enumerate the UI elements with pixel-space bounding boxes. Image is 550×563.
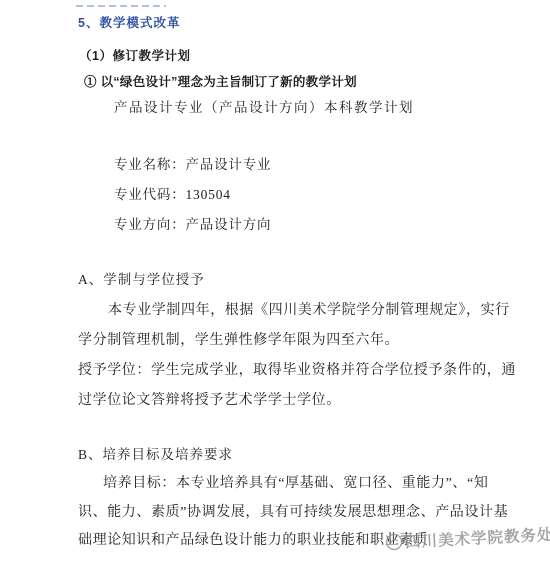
watermark-text: 四川美术学院教务处 bbox=[405, 523, 550, 553]
seal-circle-icon bbox=[385, 532, 404, 551]
cropped-previous-line-remnant bbox=[76, 5, 166, 7]
section-a-para1-line1: 本专业学制四年，根据《四川美术学院学分制管理规定》，实行 bbox=[108, 299, 510, 319]
section-a-heading: A、学制与学位授予 bbox=[78, 268, 205, 288]
section-b-heading: B、培养目标及培养要求 bbox=[78, 443, 233, 463]
major-direction-line: 专业方向：产品设计方向 bbox=[114, 213, 271, 233]
section-a-para1-line2: 学分制管理机制，学生弹性修学年限为四至六年。 bbox=[78, 329, 399, 349]
watermark: 四川美术学院教务处 bbox=[385, 523, 550, 554]
section-a-para2-line1: 授予学位：学生完成学业，取得毕业资格并符合学位授予条件的，通 bbox=[78, 359, 516, 379]
section-b-para1-line2: 识、能力、素质”协调发展，具有可持续发展思想理念、产品设计基 bbox=[78, 501, 508, 521]
section-heading-teaching-mode-reform: 5、教学模式改革 bbox=[78, 13, 180, 31]
document-page: 5、教学模式改革 （1）修订教学计划 ① 以“绿色设计”理念为主旨制订了新的教学… bbox=[0, 0, 550, 563]
item-heading-revise-teaching-plan: （1）修订教学计划 bbox=[79, 46, 190, 64]
section-a-para2-line2: 过学位论文答辩将授予艺术学学士学位。 bbox=[78, 389, 341, 409]
major-code-line: 专业代码：130504 bbox=[114, 183, 231, 203]
subitem-heading-green-design: ① 以“绿色设计”理念为主旨制订了新的教学计划 bbox=[84, 72, 357, 90]
section-b-para1-line3: 础理论知识和产品绿色设计能力的职业技能和职业素质 bbox=[78, 529, 428, 549]
plan-title: 产品设计专业（产品设计方向）本科教学计划 bbox=[114, 96, 414, 116]
major-name-line: 专业名称：产品设计专业 bbox=[114, 153, 271, 173]
section-b-para1-line1: 培养目标：本专业培养具有“厚基础、宽口径、重能力”、“知 bbox=[103, 472, 488, 492]
